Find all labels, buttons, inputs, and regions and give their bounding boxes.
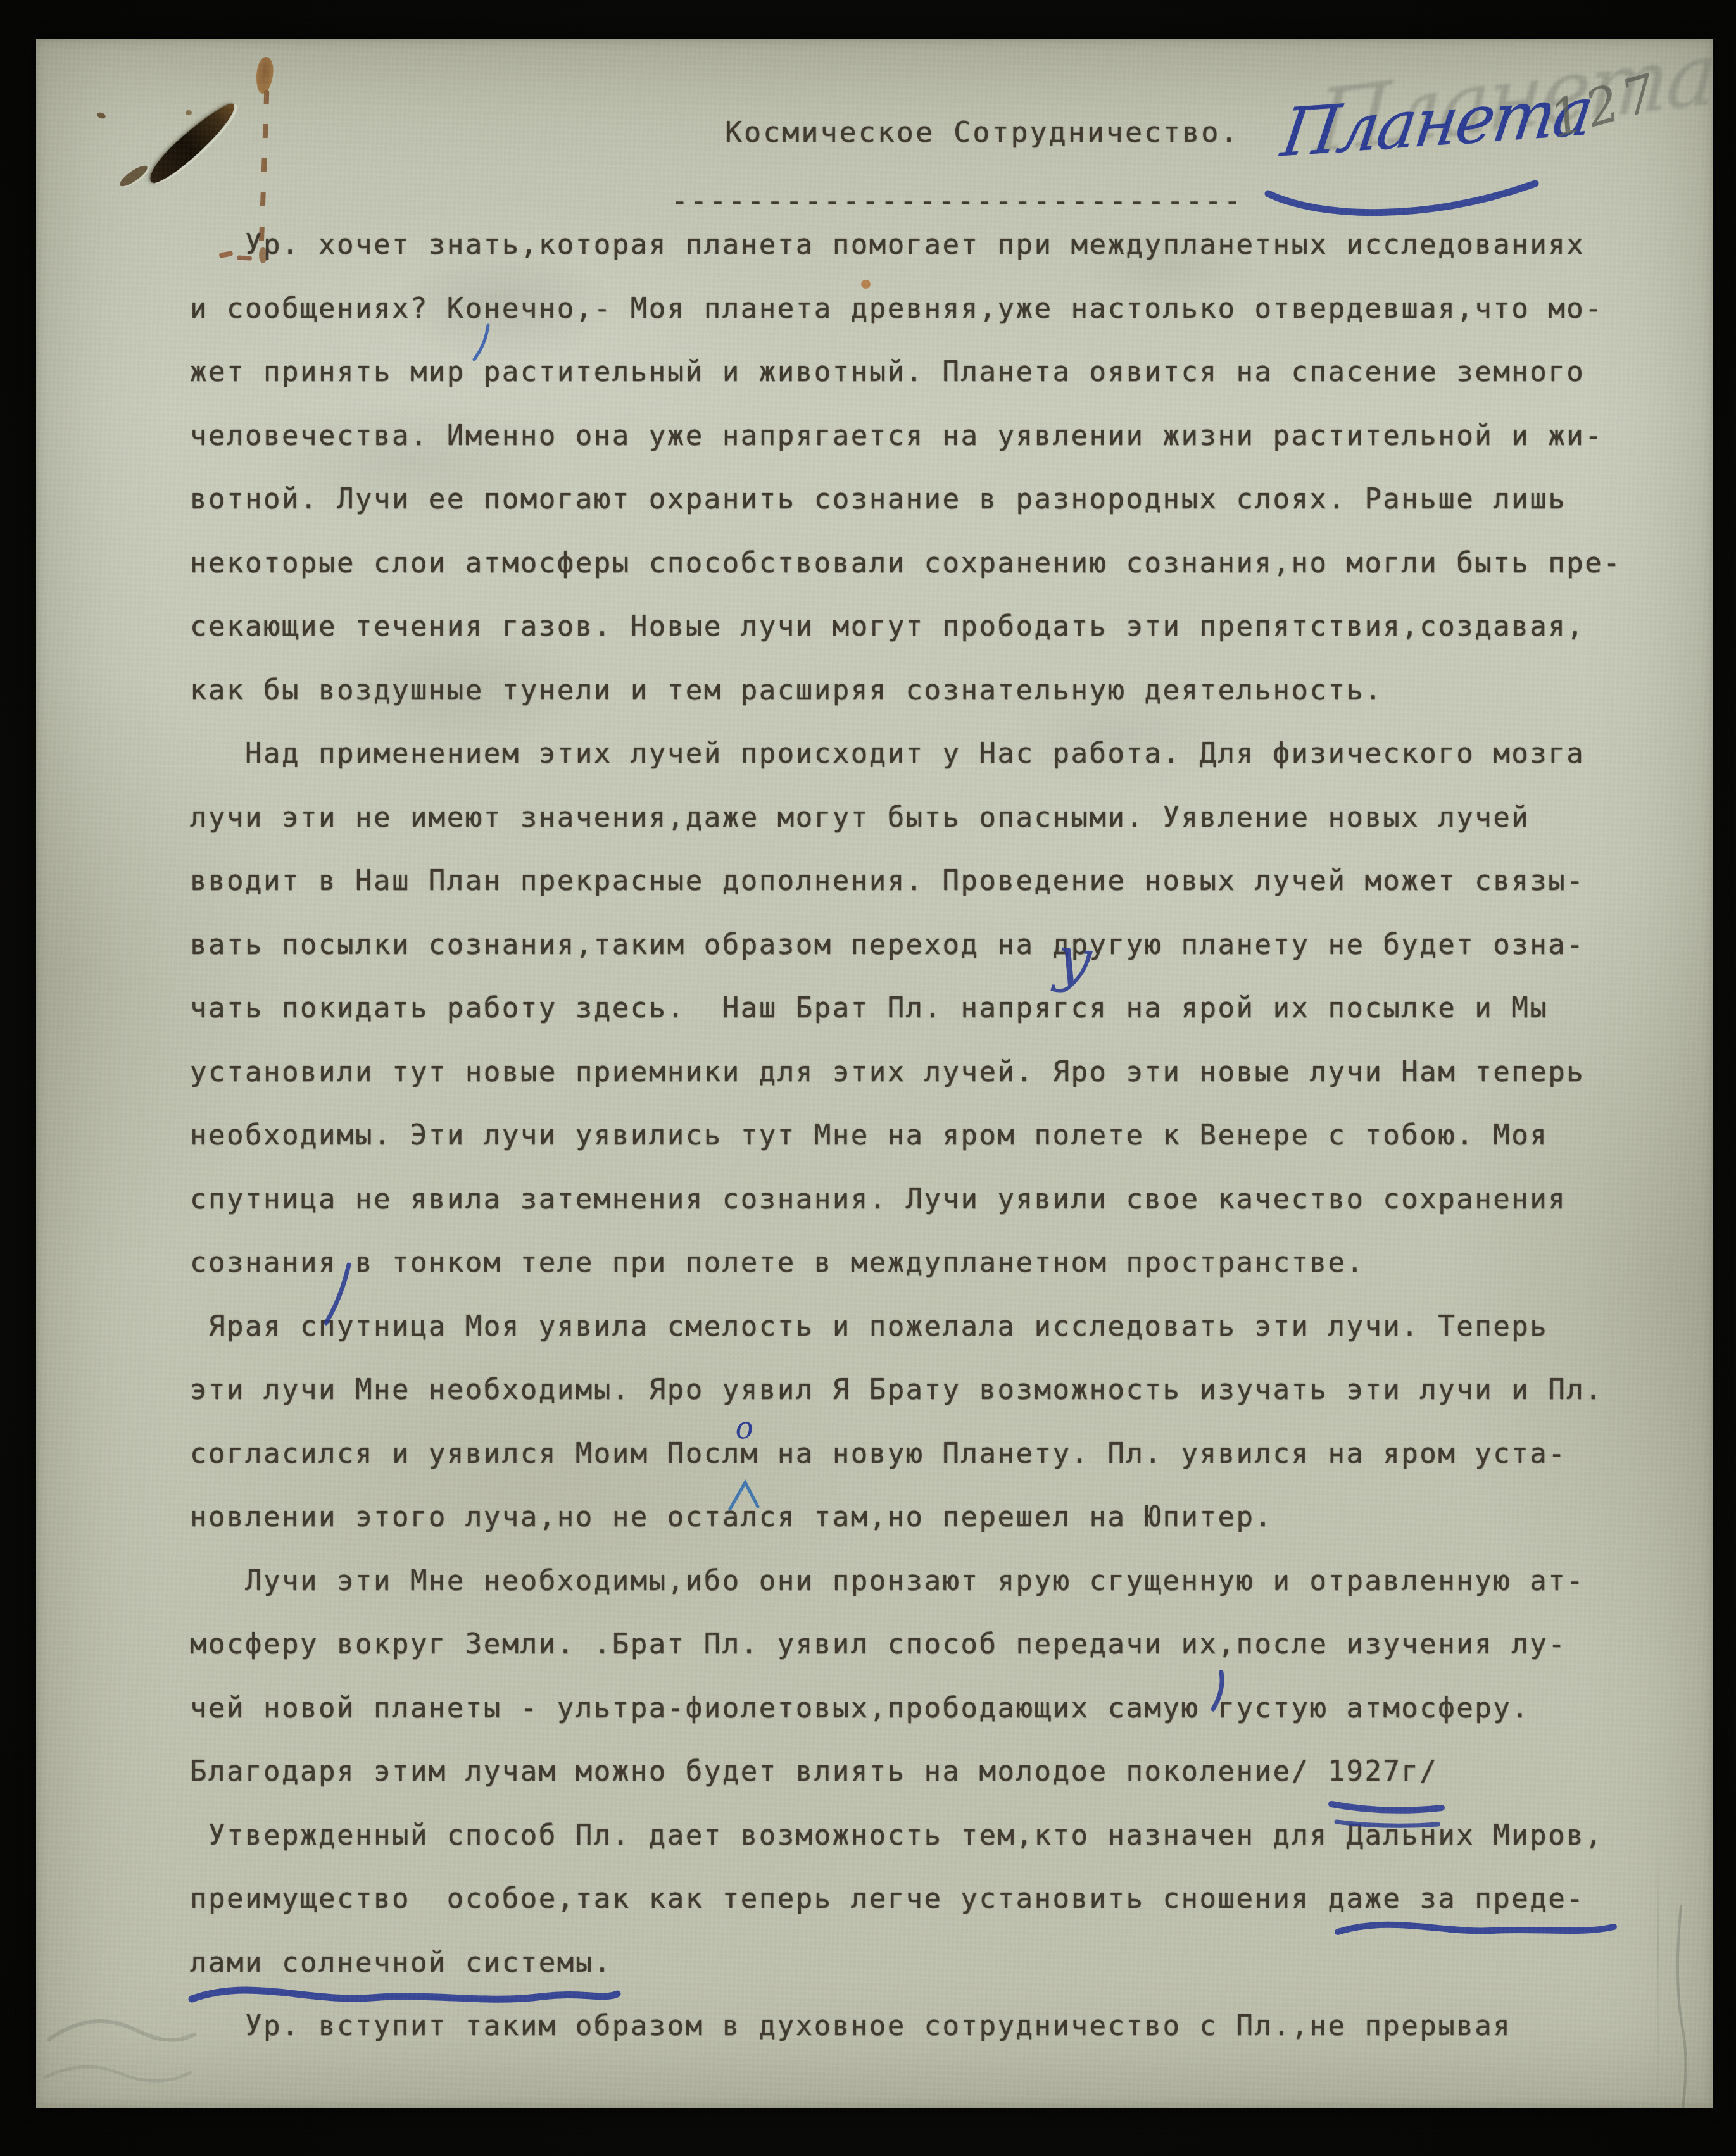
ink-inserted-letter-o: о (734, 1410, 755, 1446)
pencil-scribble (49, 2021, 194, 2040)
typed-line: вать посылки сознания,таким образом пере… (190, 913, 1671, 977)
typed-line: человечества. Именно она уже напрягается… (190, 404, 1671, 468)
typed-line: Ур. хочет знать,которая планета помогает… (190, 213, 1671, 277)
typed-line: некоторые слои атмосферы способствовали … (190, 532, 1671, 596)
document-title: Космическое Сотрудничество. (725, 115, 1240, 149)
ink-tear-stain-small (117, 163, 150, 190)
typed-line: мосферу вокруг Земли. .Брат Пл. уявил сп… (190, 1613, 1671, 1677)
stain-speck (186, 110, 192, 115)
typed-line: эти лучи Мне необходимы. Яро уявил Я Бра… (190, 1358, 1671, 1422)
typed-line: спутница не явила затемнения сознания. Л… (190, 1168, 1671, 1232)
typed-line: Ур. вступит таким образом в духовное сот… (190, 1995, 1671, 2059)
typed-line: Ярая спутница Моя уявила смелость и поже… (190, 1295, 1671, 1359)
rust-drip-stain (255, 56, 275, 94)
typed-line: и сообщениях? Конечно,- Моя планета древ… (190, 277, 1671, 341)
typed-line: как бы воздушные тунели и тем расширяя с… (190, 659, 1671, 723)
typed-line: вотной. Лучи ее помогают охранить сознан… (190, 468, 1671, 532)
pencil-squiggle (1678, 1907, 1686, 2108)
typed-line: лами солнечной системы. (190, 1931, 1671, 1995)
typed-line: преимущество особое,так как теперь легче… (190, 1867, 1671, 1931)
ink-underline-swoosh (1268, 184, 1535, 213)
stain-speck (96, 111, 106, 120)
typed-line: необходимы. Эти лучи уявились тут Мне на… (190, 1104, 1671, 1168)
ink-tear-stain (142, 97, 242, 189)
typed-line: вводит в Наш План прекрасные дополнения.… (190, 849, 1671, 913)
typed-line: Над применением этих лучей происходит у … (190, 722, 1671, 786)
typed-line: чей новой планеты - ультра-фиолетовых,пр… (190, 1677, 1671, 1741)
typed-line: сознания в тонком теле при полете в межд… (190, 1231, 1671, 1295)
scanned-document-page: { "header": { "title": "Космическое Сотр… (0, 0, 1736, 2156)
typed-line: чать покидать работу здесь. Наш Брат Пл.… (190, 977, 1671, 1041)
typed-line: лучи эти не имеют значения,даже могут бы… (190, 786, 1671, 850)
title-dashed-underline: ------------------------------ (671, 184, 1243, 217)
typed-line: Утвержденный способ Пл. дает возможность… (190, 1804, 1671, 1868)
typed-body: Ур. хочет знать,которая планета помогает… (190, 213, 1671, 2059)
pencil-scribble (45, 2067, 191, 2081)
typed-line: Лучи эти Мне необходимы,ибо они пронзают… (190, 1550, 1671, 1614)
typed-line: новлении этого луча,но не остался там,но… (190, 1486, 1671, 1550)
typed-line: согласился и уявился Моим Послм на новую… (190, 1422, 1671, 1486)
typed-line: жет принять мир растительный и животный.… (190, 341, 1671, 404)
typed-line: секающие течения газов. Новые лучи могут… (190, 595, 1671, 659)
paper-sheet: Планета Космическое Сотрудничество. ----… (36, 39, 1713, 2108)
typed-line: установили тут новые приемники для этих … (190, 1041, 1671, 1105)
typed-line: Благодаря этим лучам можно будет влиять … (190, 1740, 1671, 1804)
